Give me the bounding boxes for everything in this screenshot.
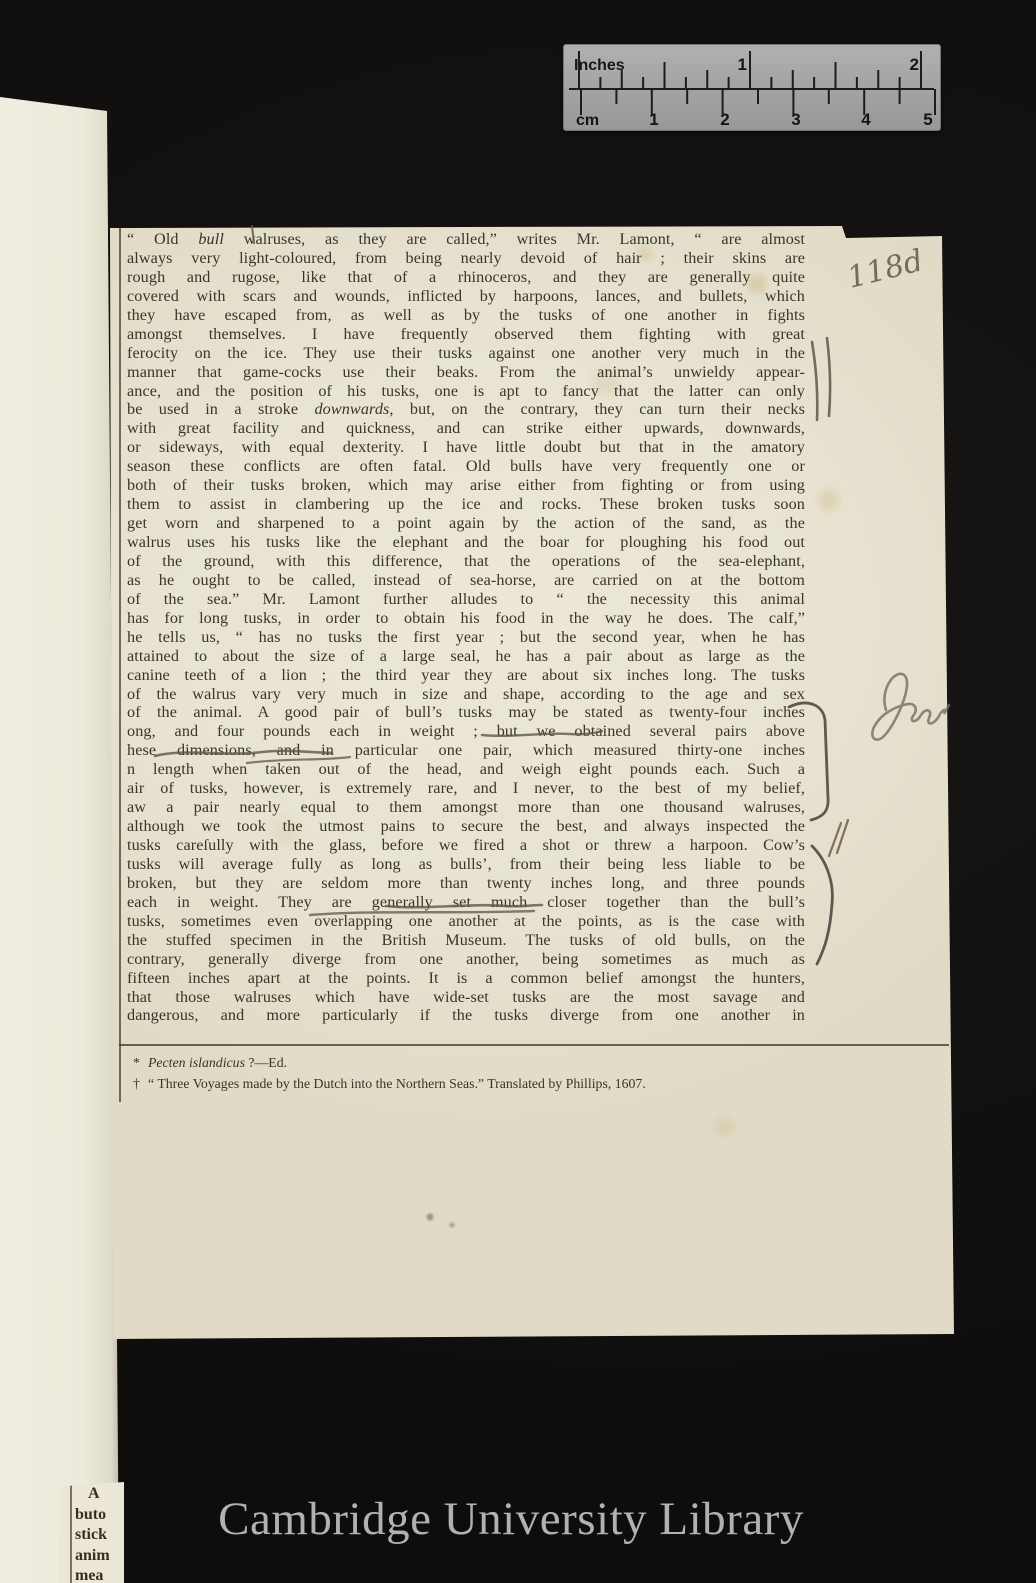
footnote: †“ Three Voyages made by the Dutch into … bbox=[133, 1074, 845, 1095]
text-line: hese dimensions, and in particular one p… bbox=[127, 741, 805, 760]
text-line: both of their tusks broken, which may ar… bbox=[127, 476, 805, 495]
inch-number: 2 bbox=[910, 55, 919, 74]
cm-number: 1 bbox=[649, 110, 658, 129]
fragment-line: mea bbox=[75, 1566, 124, 1583]
text-line: walrus uses his tusks like the elephant … bbox=[127, 533, 805, 552]
text-line: tusks, sometimes even overlapping one an… bbox=[127, 912, 805, 931]
text-line: amongst themselves. I have frequently ob… bbox=[127, 325, 805, 344]
text-line: always very light-coloured, from being n… bbox=[127, 249, 805, 268]
text-line: dangerous, and more particularly if the … bbox=[127, 1006, 805, 1025]
text-line: tusks will average fully as long as bull… bbox=[127, 855, 805, 874]
text-line: air of tusks, however, is extremely rare… bbox=[127, 779, 805, 798]
text-line: although we took the utmost pains to sec… bbox=[127, 817, 805, 836]
text-line: he tells us, “ has no tusks the first ye… bbox=[127, 628, 805, 647]
album-page-edge bbox=[0, 0, 120, 1583]
text-line: of the animal. A good pair of bull’s tus… bbox=[127, 703, 805, 722]
text-line: of the walrus vary very much in size and… bbox=[127, 685, 805, 704]
text-line: each in weight. They are generally set m… bbox=[127, 893, 805, 912]
text-line: season these conflicts are often fatal. … bbox=[127, 457, 805, 476]
text-line: broken, but they are seldom more than tw… bbox=[127, 874, 805, 893]
text-line: get worn and sharpened to a point again … bbox=[127, 514, 805, 533]
footnote-symbol: † bbox=[133, 1074, 148, 1095]
text-line: or sideways, with equal dexterity. I hav… bbox=[127, 438, 805, 457]
text-line: fifteen inches apart at the points. It i… bbox=[127, 969, 805, 988]
text-line: ferocity on the ice. They use their tusk… bbox=[127, 344, 805, 363]
text-line: ance, and the position of his tusks, one… bbox=[127, 382, 805, 401]
news-clipping: teeth. “ Old bull walruses, as they are … bbox=[105, 222, 955, 1340]
text-line: as he ought to be called, instead of sea… bbox=[127, 571, 805, 590]
text-line: the stuffed specimen in the British Muse… bbox=[127, 931, 805, 950]
text-line: covered with scars and wounds, inflicted… bbox=[127, 287, 805, 306]
ruler: Inches cm 1 2 1 2 3 4 5 bbox=[563, 44, 941, 131]
footnote: *Pecten islandicus ?—Ed. bbox=[133, 1053, 845, 1074]
footnote-symbol: * bbox=[133, 1053, 148, 1074]
text-line: they have escaped from, as well as by th… bbox=[127, 306, 805, 325]
library-photo-background: teeth. “ Old bull walruses, as they are … bbox=[0, 0, 1036, 1583]
text-line: “ Old bull walruses, as they are called,… bbox=[127, 230, 805, 249]
text-line: rough and rugose, like that of a rhinoce… bbox=[127, 268, 805, 287]
text-line: n length when taken out of the head, and… bbox=[127, 760, 805, 779]
text-line: be used in a stroke downwards, but, on t… bbox=[127, 400, 805, 419]
text-line: with great facility and quickness, and c… bbox=[127, 419, 805, 438]
footnote-text: “ Three Voyages made by the Dutch into t… bbox=[148, 1076, 646, 1091]
text-line: manner that game-cocks use their beaks. … bbox=[127, 363, 805, 382]
clipping-column-rule bbox=[119, 226, 121, 1102]
ruler-label-cm: cm bbox=[576, 112, 599, 129]
clipping-text: “ Old bull walruses, as they are called,… bbox=[127, 230, 805, 1025]
cm-number: 5 bbox=[923, 110, 932, 129]
text-line: has for long tusks, in order to obtain h… bbox=[127, 609, 805, 628]
inch-number: 1 bbox=[738, 55, 747, 74]
cm-number: 4 bbox=[861, 110, 871, 129]
text-line: aw a pair nearly equal to them amongst m… bbox=[127, 798, 805, 817]
text-line: canine teeth of a lion ; the third year … bbox=[127, 666, 805, 685]
text-line: attained to about the size of a large se… bbox=[127, 647, 805, 666]
text-line: that those walruses which have wide-set … bbox=[127, 988, 805, 1007]
text-line: of the sea.” Mr. Lamont further alludes … bbox=[127, 590, 805, 609]
text-line: ong, and four pounds each in weight ; bu… bbox=[127, 722, 805, 741]
text-line: of the ground, with this difference, tha… bbox=[127, 552, 805, 571]
footnotes: *Pecten islandicus ?—Ed.†“ Three Voyages… bbox=[133, 1053, 845, 1095]
watermark-text: Cambridge University Library bbox=[0, 1492, 1022, 1546]
fragment-line: anim bbox=[75, 1546, 124, 1567]
footnote-rule bbox=[119, 1044, 949, 1046]
footnote-text: Pecten islandicus ?—Ed. bbox=[148, 1055, 287, 1070]
ruler-scale: Inches cm 1 2 1 2 3 4 5 bbox=[563, 44, 941, 131]
text-line: contrary, generally diverge from one ano… bbox=[127, 950, 805, 969]
text-line: tusks careſully with the glass, before w… bbox=[127, 836, 805, 855]
ruler-label-inches: Inches bbox=[574, 57, 625, 74]
text-line: them to assist in clambering up the ice … bbox=[127, 495, 805, 514]
